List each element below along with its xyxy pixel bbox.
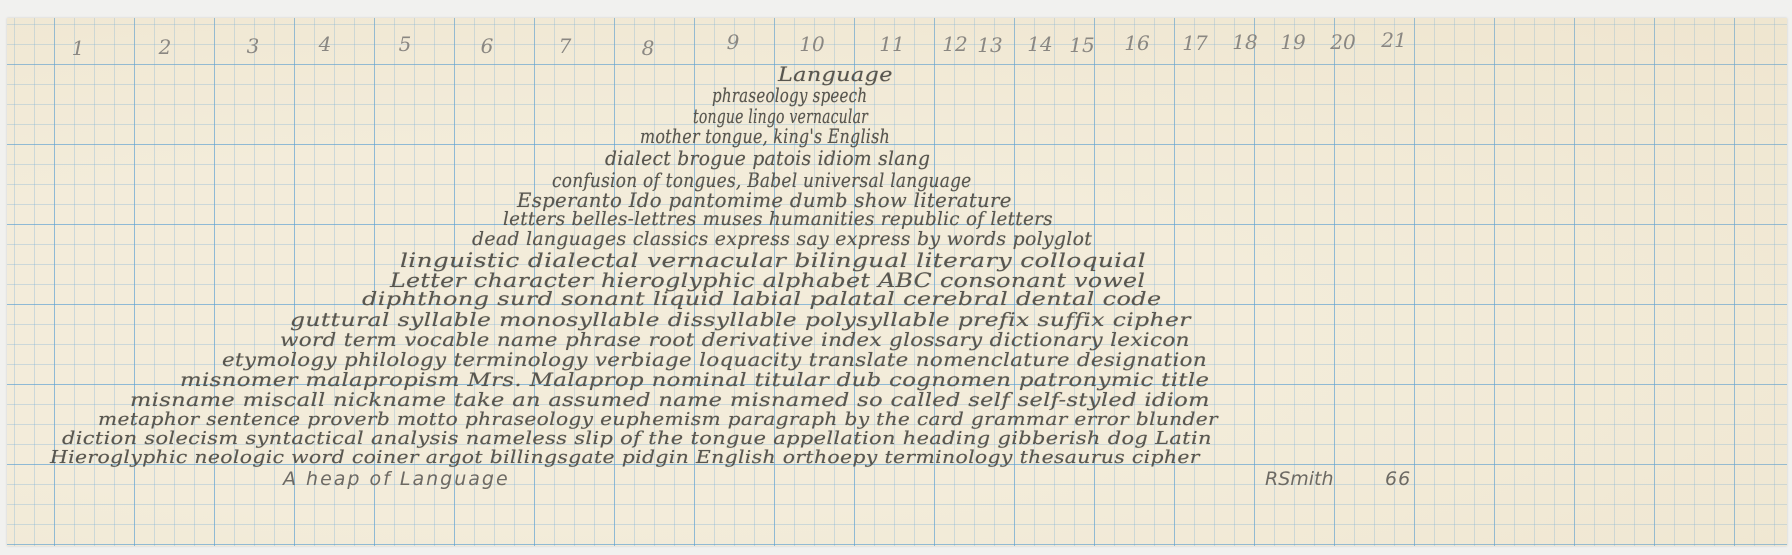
signature: RSmith: [1265, 468, 1334, 490]
column-number: 5: [399, 32, 412, 56]
heap-line: mother tongue, king's English: [640, 124, 890, 148]
caption-title: A heap of Language: [283, 468, 510, 490]
column-number: 3: [247, 34, 260, 58]
signature-year: 66: [1385, 468, 1411, 490]
heap-line: word term vocable name phrase root deriv…: [280, 329, 1190, 351]
heap-line: Hieroglyphic neologic word coiner argot …: [50, 447, 1200, 468]
heap-line: misnomer malapropism Mrs. Malaprop nomin…: [180, 369, 1209, 391]
column-number: 13: [977, 33, 1002, 57]
column-number: 2: [159, 35, 172, 59]
column-number: 12: [942, 32, 967, 56]
column-number: 9: [727, 30, 740, 54]
heap-line: letters belles-lettres muses humanities …: [503, 208, 1053, 230]
column-number: 21: [1381, 28, 1406, 52]
column-number: 17: [1182, 31, 1207, 55]
column-number: 16: [1124, 31, 1149, 55]
column-number: 7: [559, 34, 572, 58]
heap-line: etymology philology terminology verbiage…: [222, 349, 1207, 371]
heap-line: dead languages classics express say expr…: [472, 228, 1092, 250]
column-number: 15: [1069, 33, 1094, 57]
heap-line: guttural syllable monosyllable dissyllab…: [290, 309, 1191, 331]
column-number: 10: [799, 32, 824, 56]
column-number: 20: [1330, 30, 1355, 54]
column-number: 19: [1280, 30, 1305, 54]
column-number-row: 1 2 3 4 5 6 7 8 9 10 11 12 13 14 15 16 1…: [0, 18, 1792, 58]
column-number: 6: [481, 34, 494, 58]
column-number: 11: [879, 32, 904, 56]
column-number: 1: [72, 36, 85, 60]
heap-line: misname miscall nickname take an assumed…: [130, 389, 1210, 411]
column-number: 14: [1027, 32, 1052, 56]
column-number: 8: [642, 36, 655, 60]
heap-line: diction solecism syntactical analysis na…: [62, 428, 1212, 449]
heap-line: dialect brogue patois idiom slang: [605, 146, 930, 170]
heap-line: metaphor sentence proverb motto phraseol…: [98, 409, 1218, 430]
heap-line: diphthong surd sonant liquid labial pala…: [362, 288, 1162, 310]
column-number: 18: [1232, 30, 1257, 54]
column-number: 4: [319, 32, 332, 56]
